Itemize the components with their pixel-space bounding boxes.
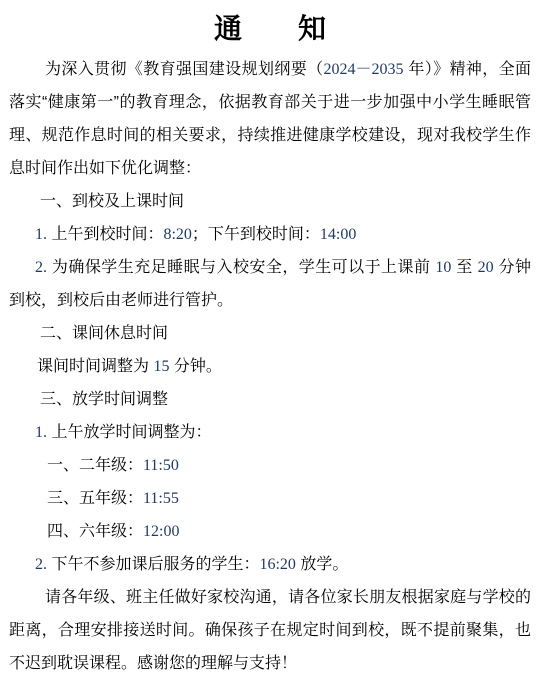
page-title: 通 知 [9, 12, 531, 46]
text-run: 下午不参加课后服务的学生： [47, 556, 259, 573]
dismissal-grade-4-6: 四、六年级：12:00 [9, 515, 531, 548]
closing-paragraph: 请各年级、班主任做好家校沟通，请各位家长朋友根据家庭与学校的距离，合理安排接送时… [9, 581, 531, 680]
number-text: 11:55 [143, 490, 179, 507]
text-run: 年）》精神，全面落实“健康第一”的教育理念，依据教育部关于进一步加强中小学生睡眠… [9, 61, 531, 177]
dismissal-grade-1-2: 一、二年级：11:50 [9, 449, 531, 482]
text-run: ；下午到校时间： [192, 226, 320, 243]
text-run: 三、放学时间调整 [40, 391, 168, 408]
section-3-item-2: 2. 下午不参加课后服务的学生：16:20 放学。 [9, 548, 531, 581]
text-run: 为深入贯彻《教育强国建设规划纲要（ [45, 61, 323, 78]
text-run: 三、五年级： [47, 490, 143, 507]
dismissal-grade-3-5: 三、五年级：11:55 [9, 482, 531, 515]
text-run: 四、六年级： [47, 523, 143, 540]
number-text: 1. [35, 226, 47, 243]
number-text: 8:20 [163, 226, 191, 243]
text-run: 分钟。 [169, 358, 221, 375]
section-1-item-1: 1. 上午到校时间：8:20；下午到校时间：14:00 [9, 218, 531, 251]
number-text: 1. [35, 424, 47, 441]
section-2-heading: 二、课间休息时间 [9, 317, 531, 350]
number-text: 2024－2035 [323, 61, 403, 78]
text-run: 一、到校及上课时间 [40, 193, 184, 210]
text-run: 课间时间调整为 [37, 358, 153, 375]
number-text: 12:00 [143, 523, 179, 540]
text-run: 请各年级、班主任做好家校沟通，请各位家长朋友根据家庭与学校的距离，合理安排接送时… [9, 589, 531, 672]
number-text: 10 [435, 259, 451, 276]
number-text: 16:20 [259, 556, 295, 573]
section-1-item-2: 2. 为确保学生充足睡眠与入校安全，学生可以于上课前 10 至 20 分钟到校，… [9, 251, 531, 317]
section-1-heading: 一、到校及上课时间 [9, 185, 531, 218]
section-2-text: 课间时间调整为 15 分钟。 [9, 350, 531, 383]
text-run: 二、课间休息时间 [40, 325, 168, 342]
section-3-heading: 三、放学时间调整 [9, 383, 531, 416]
number-text: 14:00 [320, 226, 356, 243]
number-text: 2. [35, 556, 47, 573]
text-run: 至 [451, 259, 477, 276]
intro-paragraph: 为深入贯彻《教育强国建设规划纲要（2024－2035 年）》精神，全面落实“健康… [9, 53, 531, 185]
notice-body: 为深入贯彻《教育强国建设规划纲要（2024－2035 年）》精神，全面落实“健康… [9, 53, 531, 680]
number-text: 20 [478, 259, 494, 276]
text-run: 为确保学生充足睡眠与入校安全，学生可以于上课前 [47, 259, 435, 276]
text-run: 一、二年级： [47, 457, 143, 474]
number-text: 15 [153, 358, 169, 375]
text-run: 放学。 [296, 556, 348, 573]
text-run: 上午放学时间调整为： [47, 424, 211, 441]
notice-document: 通 知 为深入贯彻《教育强国建设规划纲要（2024－2035 年）》精神，全面落… [0, 0, 539, 693]
text-run: 上午到校时间： [47, 226, 163, 243]
number-text: 11:50 [143, 457, 179, 474]
section-3-item-1: 1. 上午放学时间调整为： [9, 416, 531, 449]
number-text: 2. [35, 259, 47, 276]
